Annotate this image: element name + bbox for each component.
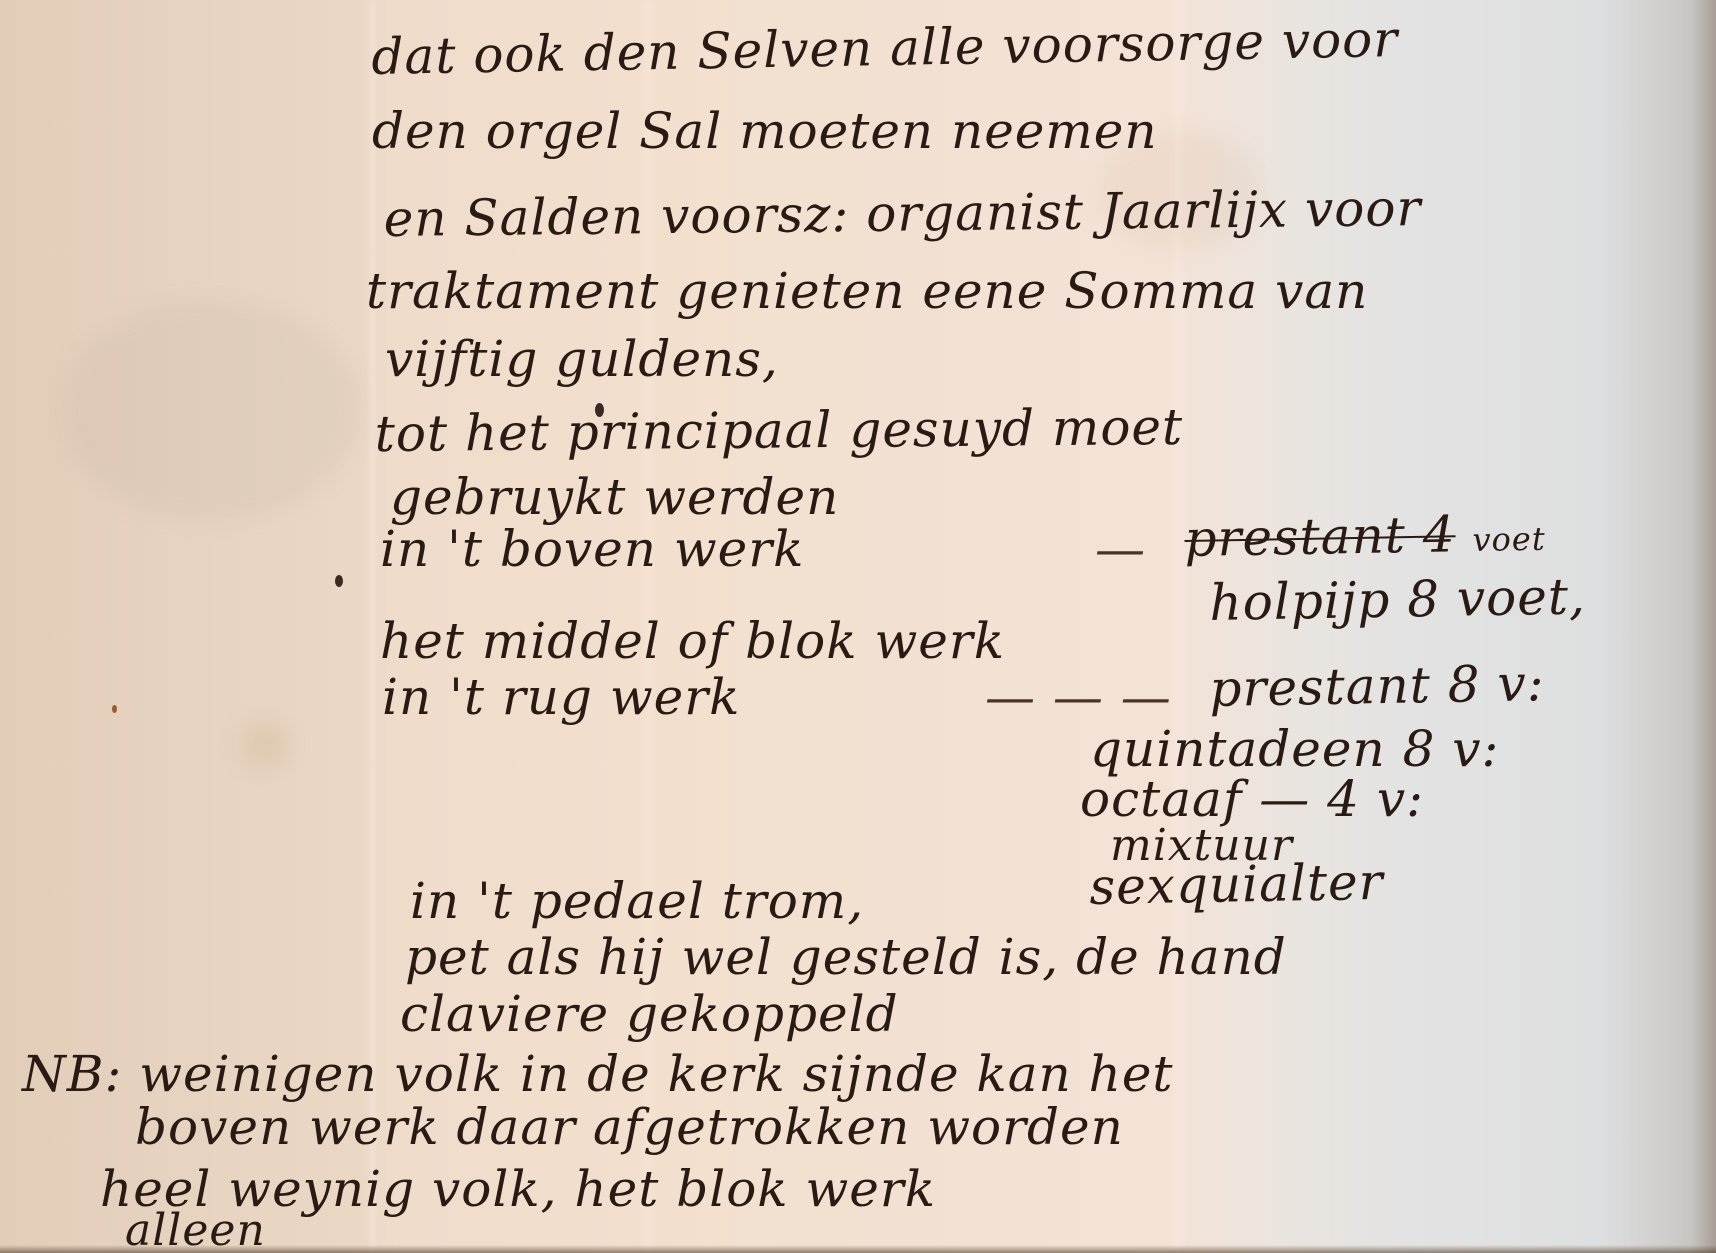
line-text: in 't rug werk (382, 668, 740, 726)
line-text: den orgel Sal moeten neemen (372, 102, 1158, 160)
line-text: gebruykt werden (390, 468, 839, 526)
stop-name: holpijp 8 voet, (1209, 567, 1586, 632)
stop-holpijp: holpijp 8 voet, (1209, 567, 1586, 632)
line-text: vijftig guldens, (385, 330, 779, 388)
line-text: NB: weinigen volk in de kerk sijnde kan … (22, 1045, 1174, 1103)
line-dash: — — — (985, 668, 1172, 726)
line-text: boven werk daar afgetrokken worden (135, 1098, 1124, 1156)
manuscript-page: dat ook den Selven alle voorsorge voor d… (0, 0, 1716, 1253)
line-text: claviere gekoppeld (400, 985, 899, 1043)
manuscript-line-17: claviere gekoppeld (400, 985, 899, 1043)
manuscript-line-8: in 't boven werk (380, 520, 804, 578)
manuscript-line-1: dat ook den Selven alle voorsorge voor (371, 10, 1399, 86)
line-text: tot het principaal gesuyd moet (374, 398, 1183, 463)
stop-unit: voet (1472, 520, 1546, 559)
manuscript-line-4: traktament genieten eene Somma van (366, 262, 1368, 320)
stop-prestant-4: prestant 4 voet (1184, 504, 1546, 568)
manuscript-line-2: den orgel Sal moeten neemen (372, 102, 1158, 160)
line-text: het middel of blok werk (380, 612, 1005, 670)
manuscript-line-10: het middel of blok werk (380, 612, 1005, 670)
manuscript-line-15: in 't pedael trom, (410, 872, 864, 930)
line-text: alleen (125, 1205, 266, 1253)
stop-prestant-8: prestant 8 v: (1209, 654, 1545, 718)
manuscript-dash-8: — (1095, 520, 1146, 578)
manuscript-line-6: tot het principaal gesuyd moet (374, 398, 1183, 463)
line-dash: — (1095, 520, 1146, 578)
ink-blot (335, 575, 343, 587)
manuscript-line-19: boven werk daar afgetrokken worden (135, 1098, 1124, 1156)
paper-stain (60, 300, 360, 520)
manuscript-line-11: in 't rug werk (382, 668, 740, 726)
line-text: pet als hij wel gesteld is, de hand (405, 928, 1287, 986)
stop-sexquialter: sexquialter (1089, 853, 1384, 916)
line-text: traktament genieten eene Somma van (366, 262, 1368, 320)
ink-blot (112, 705, 117, 713)
line-text: in 't boven werk (380, 520, 804, 578)
line-text: dat ook den Selven alle voorsorge voor (371, 10, 1399, 86)
manuscript-line-3: en Salden voorsz: organist Jaarlijx voor (383, 179, 1421, 248)
line-text: en Salden voorsz: organist Jaarlijx voor (383, 179, 1421, 248)
manuscript-line-5: vijftig guldens, (385, 330, 779, 388)
manuscript-line-16: pet als hij wel gesteld is, de hand (405, 928, 1287, 986)
paper-stain (240, 720, 290, 770)
stop-name: prestant 4 (1184, 505, 1456, 568)
manuscript-line-21: alleen (125, 1205, 266, 1253)
line-text: in 't pedael trom, (410, 872, 864, 930)
manuscript-dash-11: — — — (985, 668, 1172, 726)
manuscript-line-18-nota-bene: NB: weinigen volk in de kerk sijnde kan … (22, 1045, 1174, 1103)
manuscript-line-7: gebruykt werden (390, 468, 839, 526)
stop-name: prestant 8 v: (1209, 654, 1545, 718)
stop-name: sexquialter (1089, 853, 1384, 916)
